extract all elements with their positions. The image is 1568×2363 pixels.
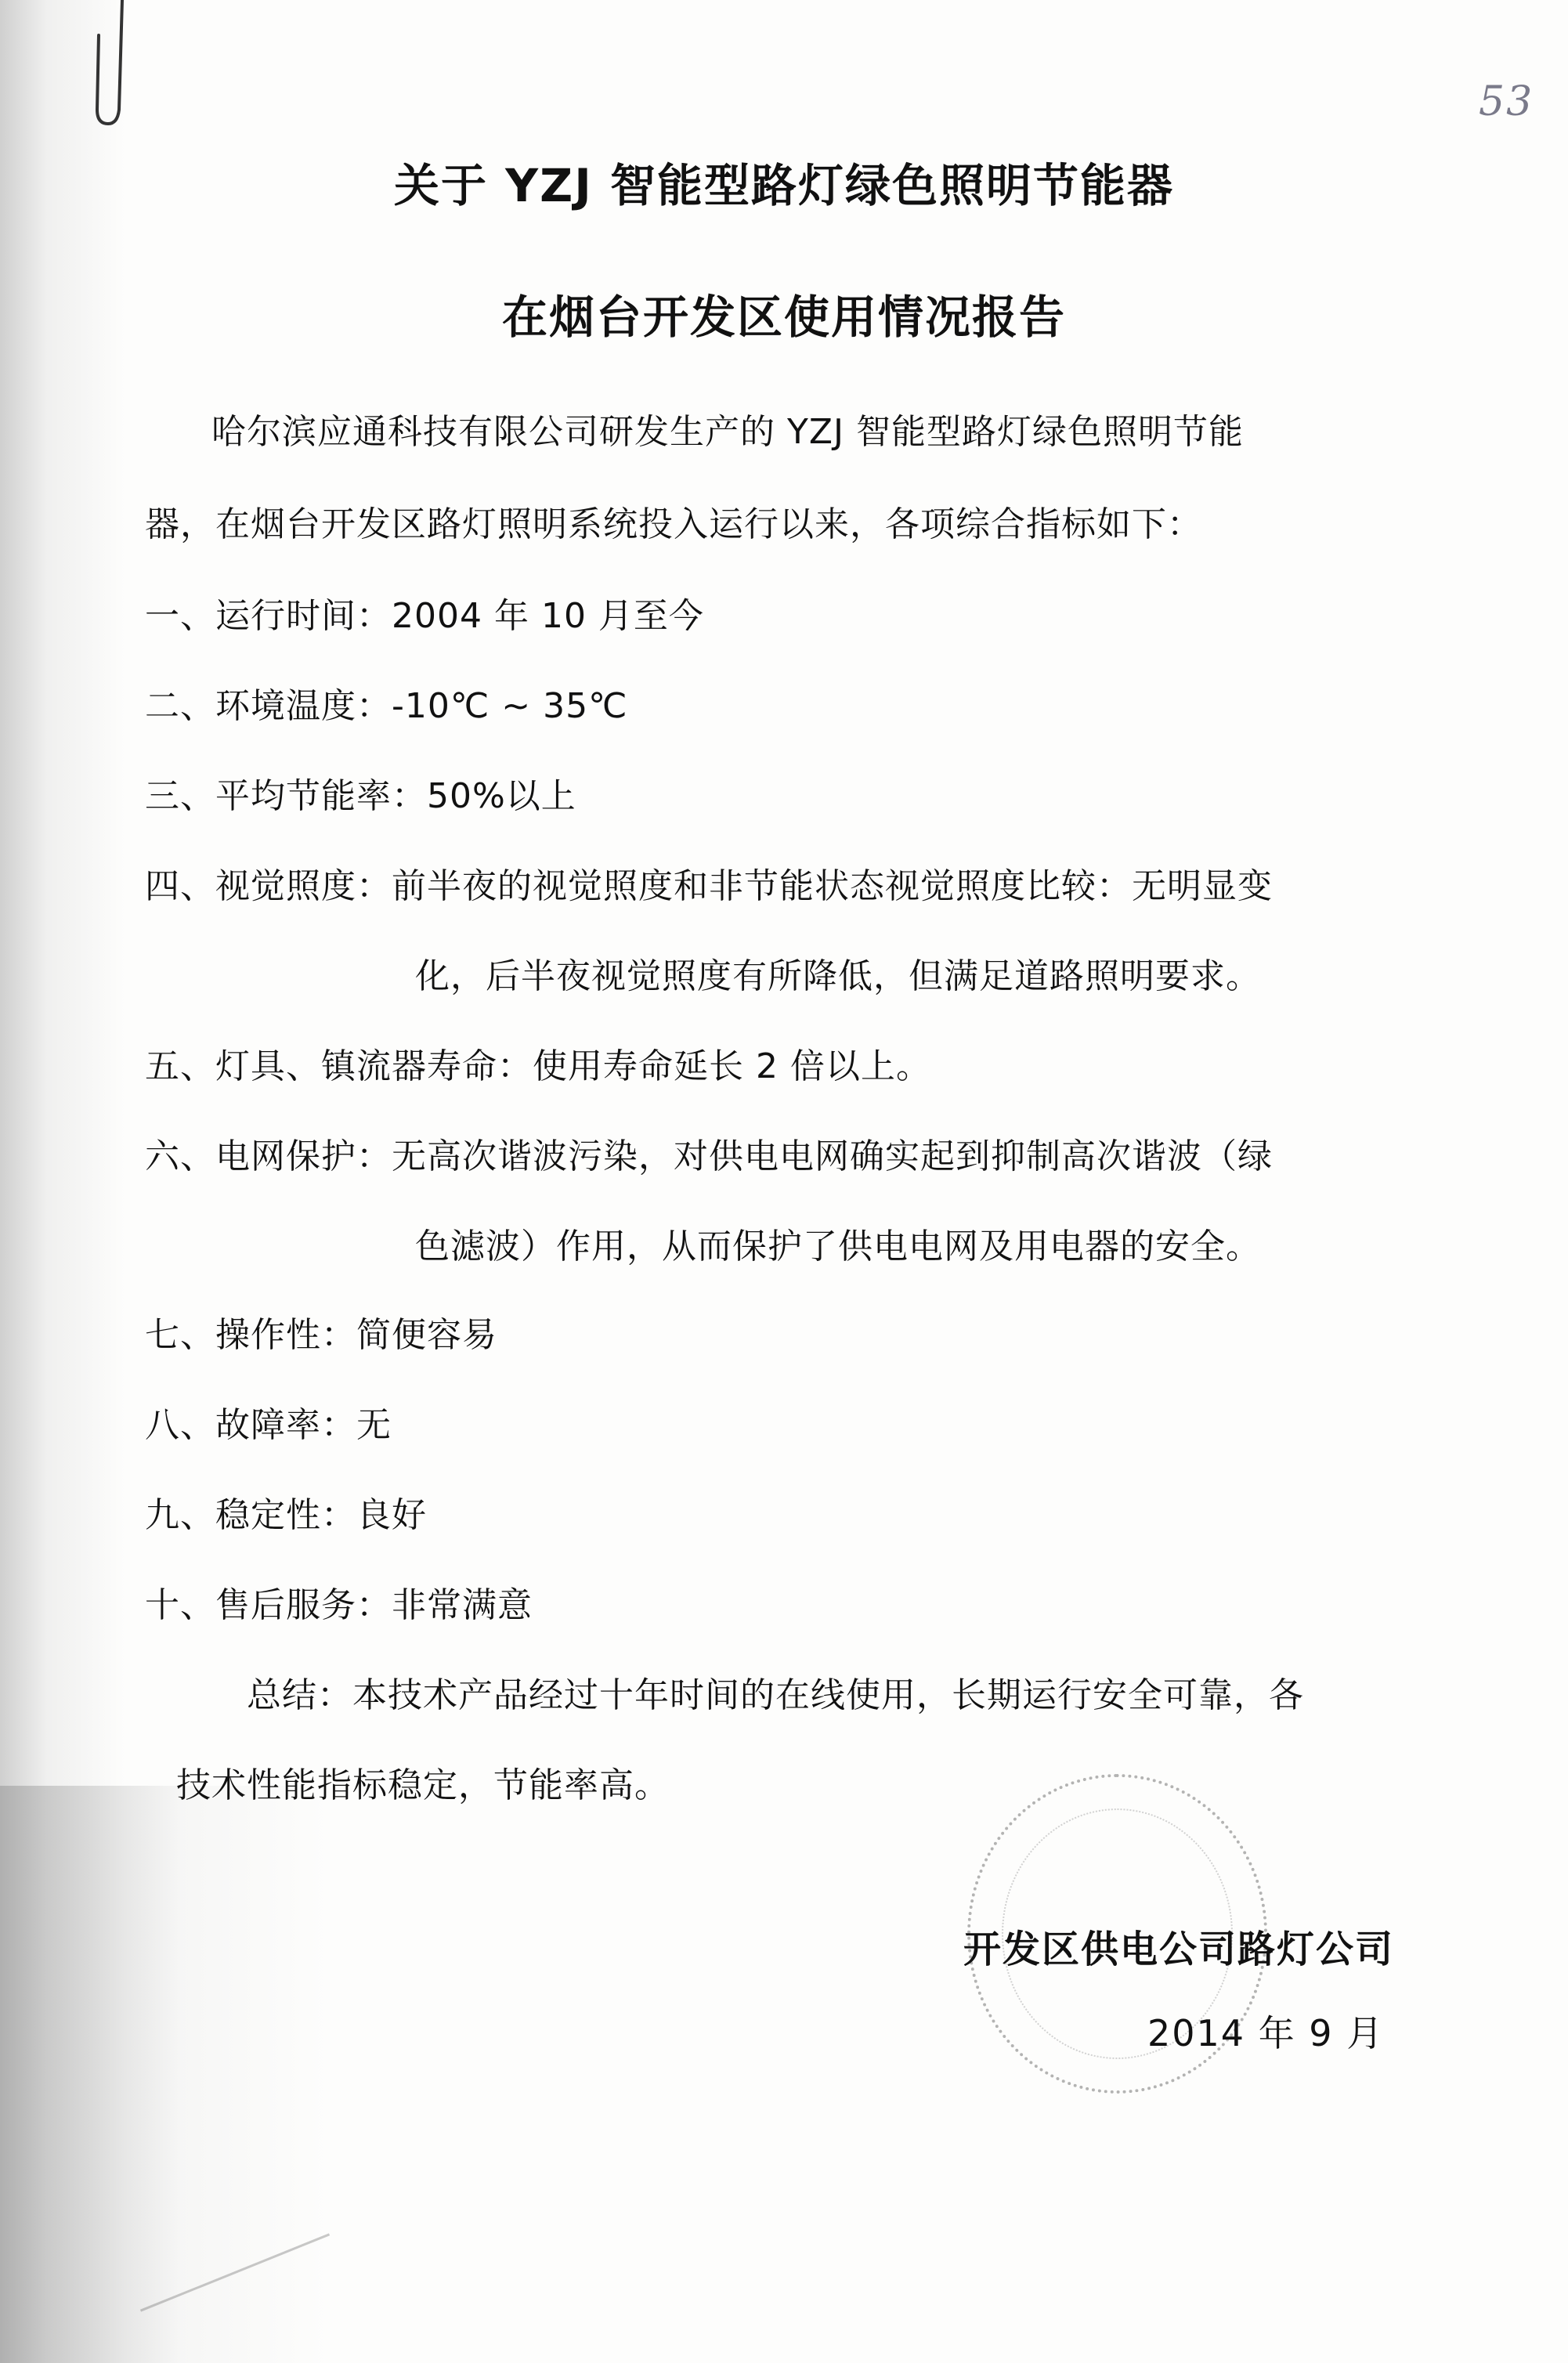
list-item-grid-protection: 六、电网保护：无高次谐波污染，对供电电网确实起到抑制高次谐波（绿 <box>145 1128 1273 1178</box>
list-item-failure-rate: 八、故障率：无 <box>145 1396 392 1447</box>
list-item-illuminance-cont: 化，后半夜视觉照度有所降低，但满足道路照明要求。 <box>415 948 1261 998</box>
list-item-lifespan: 五、灯具、镇流器寿命：使用寿命延长 2 倍以上。 <box>145 1038 931 1088</box>
handwritten-page-number: 53 <box>1479 78 1534 125</box>
document-title-line-1: 关于 YZJ 智能型路灯绿色照明节能器 <box>0 149 1568 215</box>
document-title-line-2: 在烟台开发区使用情况报告 <box>0 280 1568 346</box>
list-item-stability: 九、稳定性：良好 <box>145 1487 427 1537</box>
summary-line-2: 技术性能指标稳定，节能率高。 <box>176 1757 670 1807</box>
list-item-operability: 七、操作性：简便容易 <box>145 1306 497 1357</box>
list-item-after-sales: 十、售后服务：非常满意 <box>145 1577 533 1627</box>
list-item-temperature: 二、环境温度：-10℃ ~ 35℃ <box>145 677 628 728</box>
summary-line-1: 总结：本技术产品经过十年时间的在线使用，长期运行安全可靠，各 <box>247 1667 1304 1717</box>
list-item-illuminance: 四、视觉照度：前半夜的视觉照度和非节能状态视觉照度比较：无明显变 <box>145 858 1273 908</box>
signing-date: 2014 年 9 月 <box>1147 2005 1384 2057</box>
list-item-energy-saving: 三、平均节能率：50%以上 <box>145 768 576 818</box>
list-item-runtime: 一、运行时间：2004 年 10 月至今 <box>145 587 704 638</box>
signing-organization: 开发区供电公司路灯公司 <box>963 1919 1394 1973</box>
paperclip-icon <box>85 0 139 129</box>
intro-line-1: 哈尔滨应通科技有限公司研发生产的 YZJ 智能型路灯绿色照明节能 <box>211 403 1244 453</box>
intro-line-2: 器，在烟台开发区路灯照明系统投入运行以来，各项综合指标如下： <box>145 496 1202 546</box>
list-item-grid-protection-cont: 色滤波）作用，从而保护了供电电网及用电器的安全。 <box>415 1218 1261 1268</box>
scan-shadow <box>0 1786 329 2363</box>
